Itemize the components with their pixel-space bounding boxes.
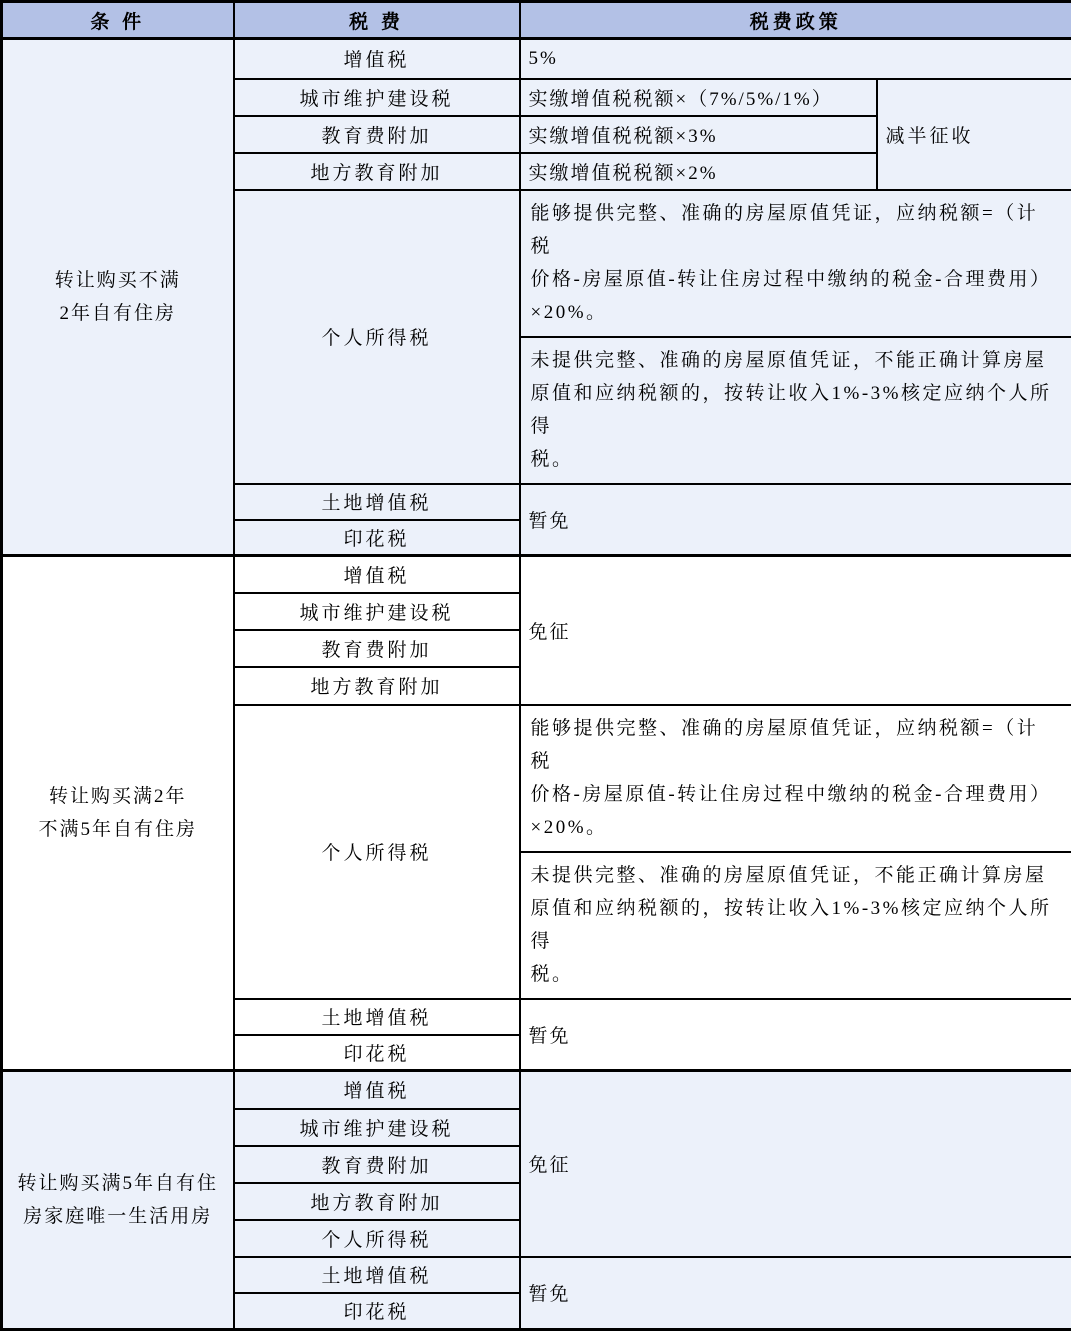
policy-cell: 暂免 xyxy=(520,484,1071,556)
policy-cell: 实缴增值税税额×2% xyxy=(520,153,877,190)
tax-name-cell: 城市维护建设税 xyxy=(234,593,520,630)
tax-name-cell: 印花税 xyxy=(234,1293,520,1330)
tax-name-cell: 教育费附加 xyxy=(234,630,520,667)
tax-name-cell: 地方教育附加 xyxy=(234,667,520,705)
header-cell-condition: 条 件 xyxy=(2,2,234,39)
tax-name-cell: 印花税 xyxy=(234,520,520,556)
header-cell-policy: 税费政策 xyxy=(520,2,1071,39)
policy-paragraph-cell: 未提供完整、准确的房屋原值凭证，不能正确计算房屋 原值和应纳税额的，按转让收入1… xyxy=(520,852,1071,999)
table-row: 转让购买不满 2年自有住房 增值税 5% xyxy=(2,39,1071,79)
tax-name-cell: 增值税 xyxy=(234,556,520,593)
header-row: 条 件 税 费 税费政策 xyxy=(2,2,1071,39)
tax-name-cell: 土地增值税 xyxy=(234,999,520,1035)
tax-policy-table: 条 件 税 费 税费政策 转让购买不满 2年自有住房 增值税 5% 城市维护建设… xyxy=(0,0,1071,1331)
table-row: 转让购买满2年 不满5年自有住房 增值税 免征 xyxy=(2,556,1071,593)
policy-paragraph-cell: 未提供完整、准确的房屋原值凭证，不能正确计算房屋 原值和应纳税额的，按转让收入1… xyxy=(520,337,1071,484)
tax-name-cell: 城市维护建设税 xyxy=(234,1109,520,1146)
group-2-to-5-years: 转让购买满2年 不满5年自有住房 增值税 免征 城市维护建设税 教育费附加 地方… xyxy=(2,556,1071,1071)
policy-cell: 实缴增值税税额×3% xyxy=(520,116,877,153)
tax-name-cell: 个人所得税 xyxy=(234,705,520,999)
tax-name-cell: 个人所得税 xyxy=(234,1220,520,1257)
policy-cell: 实缴增值税税额×（7%/5%/1%） xyxy=(520,79,877,116)
group-over-5-years-only-home: 转让购买满5年自有住 房家庭唯一生活用房 增值税 免征 城市维护建设税 教育费附… xyxy=(2,1071,1071,1330)
header-cell-tax: 税 费 xyxy=(234,2,520,39)
condition-cell: 转让购买满2年 不满5年自有住房 xyxy=(2,556,234,1071)
tax-name-cell: 地方教育附加 xyxy=(234,153,520,190)
tax-name-cell: 印花税 xyxy=(234,1035,520,1071)
half-levy-note-cell: 减半征收 xyxy=(877,79,1071,190)
condition-cell: 转让购买满5年自有住 房家庭唯一生活用房 xyxy=(2,1071,234,1330)
policy-cell: 暂免 xyxy=(520,1257,1071,1330)
policy-paragraph-cell: 能够提供完整、准确的房屋原值凭证，应纳税额=（计税 价格-房屋原值-转让住房过程… xyxy=(520,190,1071,337)
tax-name-cell: 地方教育附加 xyxy=(234,1183,520,1220)
policy-cell: 免征 xyxy=(520,1071,1071,1257)
tax-name-cell: 土地增值税 xyxy=(234,1257,520,1293)
tax-name-cell: 增值税 xyxy=(234,1071,520,1109)
tax-name-cell: 教育费附加 xyxy=(234,116,520,153)
condition-cell: 转让购买不满 2年自有住房 xyxy=(2,39,234,556)
policy-cell: 免征 xyxy=(520,556,1071,705)
group-under-2-years: 转让购买不满 2年自有住房 增值税 5% 城市维护建设税 实缴增值税税额×（7%… xyxy=(2,39,1071,556)
policy-cell: 5% xyxy=(520,39,1071,79)
policy-paragraph-cell: 能够提供完整、准确的房屋原值凭证，应纳税额=（计税 价格-房屋原值-转让住房过程… xyxy=(520,705,1071,852)
tax-name-cell: 个人所得税 xyxy=(234,190,520,484)
tax-name-cell: 教育费附加 xyxy=(234,1146,520,1183)
tax-name-cell: 城市维护建设税 xyxy=(234,79,520,116)
table-row: 转让购买满5年自有住 房家庭唯一生活用房 增值税 免征 xyxy=(2,1071,1071,1109)
tax-name-cell: 增值税 xyxy=(234,39,520,79)
tax-name-cell: 土地增值税 xyxy=(234,484,520,520)
policy-cell: 暂免 xyxy=(520,999,1071,1071)
